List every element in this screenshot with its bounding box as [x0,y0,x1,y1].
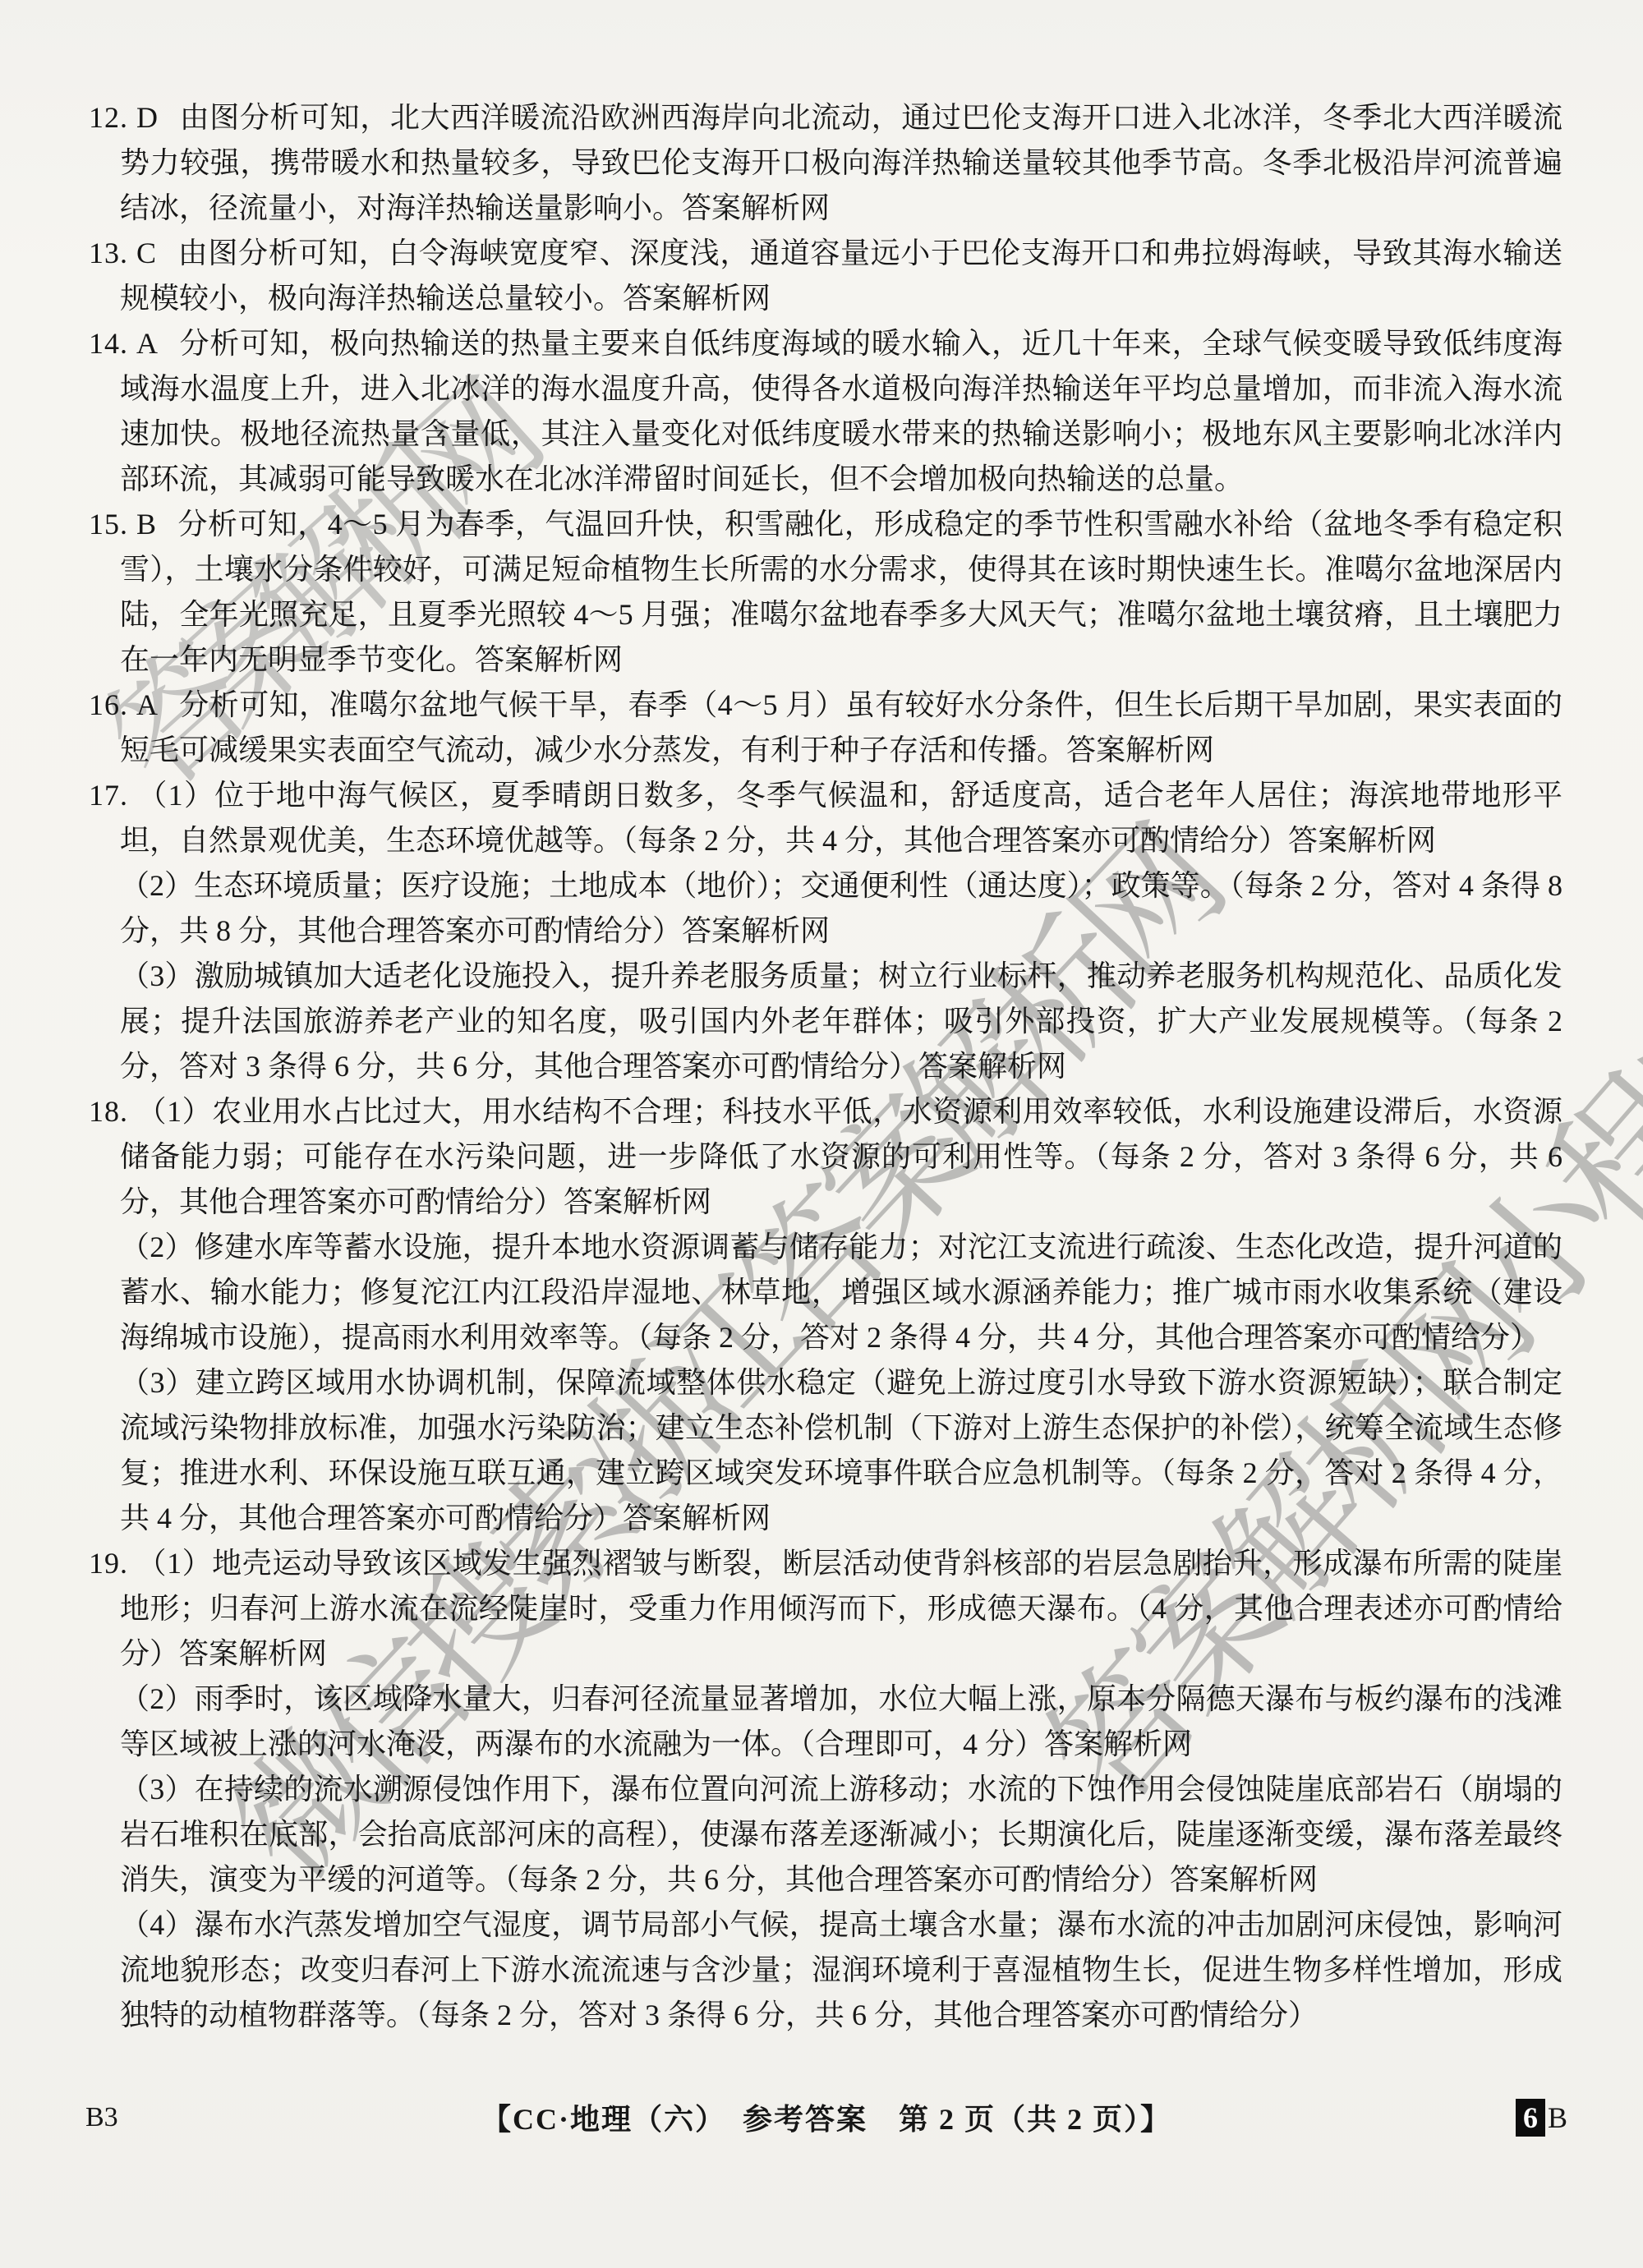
answer-12: 12.D由图分析可知，北大西洋暖流沿欧洲西海岸向北流动，通过巴伦支海开口进入北冰… [89,95,1562,231]
answer-19-part-1: 19.（1）地壳运动导致该区域发生强烈褶皱与断裂，断层活动使背斜核部的岩层急剧抬… [89,1541,1562,1677]
answer-19-part-2: （2）雨季时，该区域降水量大，归春河径流量显著增加，水位大幅上涨，原本分隔德天瀑… [89,1677,1562,1767]
answer-letter: A [136,688,158,721]
answer-17-part-1: 17.（1）位于地中海气候区，夏季晴朗日数多，冬季气候温和，舒适度高，适合老年人… [89,773,1562,863]
answer-letter: B [136,508,156,541]
footer-number-badge: 6 [1516,2099,1545,2137]
answer-19-part-3: （3）在持续的流水溯源侵蚀作用下，瀑布位置向河流上游移动；水流的下蚀作用会侵蚀陡… [89,1767,1562,1902]
answer-text: （4）瀑布水汽蒸发增加空气湿度，调节局部小气候，提高土壤含水量；瀑布水流的冲击加… [120,1908,1562,2031]
answer-text: 由图分析可知，北大西洋暖流沿欧洲西海岸向北流动，通过巴伦支海开口进入北冰洋，冬季… [120,101,1562,224]
footer-exam-title: 【CC·地理（六） 参考答案 第 2 页（共 2 页）】 [266,2096,1387,2138]
question-number: 13. [89,237,128,269]
answer-text: （1）地壳运动导致该区域发生强烈褶皱与断裂，断层活动使背斜核部的岩层急剧抬升，形… [120,1547,1562,1670]
answer-text: 分析可知，准噶尔盆地气候干旱，春季（4～5 月）虽有较好水分条件，但生长后期干旱… [120,688,1562,766]
answer-text: （2）生态环境质量；医疗设施；土地成本（地价）；交通便利性（通达度）；政策等。（… [120,869,1562,947]
question-number: 18. [89,1095,128,1128]
answer-text: 由图分析可知，白令海峡宽度窄、深度浅，通道容量远小于巴伦支海开口和弗拉姆海峡，导… [120,237,1562,315]
answer-text: 分析可知，极向热输送的热量主要来自低纬度海域的暖水输入，近几十年来，全球气候变暖… [120,327,1562,495]
answer-18-part-2: （2）修建水库等蓄水设施，提升本地水资源调蓄与储存能力；对沱江支流进行疏浚、生态… [89,1225,1562,1360]
answer-16: 16.A分析可知，准噶尔盆地气候干旱，春季（4～5 月）虽有较好水分条件，但生长… [89,683,1562,773]
answer-text: 分析可知，4～5 月为春季，气温回升快，积雪融化，形成稳定的季节性积雪融水补给（… [120,508,1562,676]
answer-15: 15.B分析可知，4～5 月为春季，气温回升快，积雪融化，形成稳定的季节性积雪融… [89,502,1562,683]
answer-letter: A [136,327,158,360]
question-number: 14. [89,327,128,360]
footer-right-code: 6B [1387,2099,1567,2137]
answer-19-part-4: （4）瀑布水汽蒸发增加空气湿度，调节局部小气候，提高土壤含水量；瀑布水流的冲击加… [89,1902,1562,2038]
answer-14: 14.A分析可知，极向热输送的热量主要来自低纬度海域的暖水输入，近几十年来，全球… [89,321,1562,502]
answer-18-part-1: 18.（1）农业用水占比过大，用水结构不合理；科技水平低，水资源利用效率较低，水… [89,1089,1562,1225]
answer-17-part-2: （2）生态环境质量；医疗设施；土地成本（地价）；交通便利性（通达度）；政策等。（… [89,863,1562,954]
answer-text: （1）位于地中海气候区，夏季晴朗日数多，冬季气候温和，舒适度高，适合老年人居住；… [120,779,1562,857]
question-number: 15. [89,508,128,541]
answer-text: （2）修建水库等蓄水设施，提升本地水资源调蓄与储存能力；对沱江支流进行疏浚、生态… [120,1231,1562,1354]
answer-13: 13.C由图分析可知，白令海峡宽度窄、深度浅，通道容量远小于巴伦支海开口和弗拉姆… [89,231,1562,321]
answer-text: （3）建立跨区域用水协调机制，保障流域整体供水稳定（避免上游过度引水导致下游水资… [120,1366,1562,1534]
answer-letter: C [136,237,156,269]
answer-17-part-3: （3）激励城镇加大适老化设施投入，提升养老服务质量；树立行业标杆，推动养老服务机… [89,954,1562,1089]
question-number: 12. [89,101,128,134]
footer-right-suffix: B [1548,2101,1567,2134]
answer-key-content: 12.D由图分析可知，北大西洋暖流沿欧洲西海岸向北流动，通过巴伦支海开口进入北冰… [89,95,1562,2038]
answer-text: （2）雨季时，该区域降水量大，归春河径流量显著增加，水位大幅上涨，原本分隔德天瀑… [120,1682,1562,1760]
answer-18-part-3: （3）建立跨区域用水协调机制，保障流域整体供水稳定（避免上游过度引水导致下游水资… [89,1360,1562,1541]
question-number: 17. [89,779,128,812]
question-number: 16. [89,688,128,721]
answer-text: （3）在持续的流水溯源侵蚀作用下，瀑布位置向河流上游移动；水流的下蚀作用会侵蚀陡… [120,1773,1562,1896]
answer-text: （1）农业用水占比过大，用水结构不合理；科技水平低，水资源利用效率较低，水利设施… [120,1095,1562,1218]
answer-letter: D [136,101,158,134]
answer-text: （3）激励城镇加大适老化设施投入，提升养老服务质量；树立行业标杆，推动养老服务机… [120,959,1562,1083]
footer-left-code: B3 [85,2102,266,2133]
page-footer: B3 【CC·地理（六） 参考答案 第 2 页（共 2 页）】 6B [85,2096,1567,2138]
question-number: 19. [89,1547,128,1580]
